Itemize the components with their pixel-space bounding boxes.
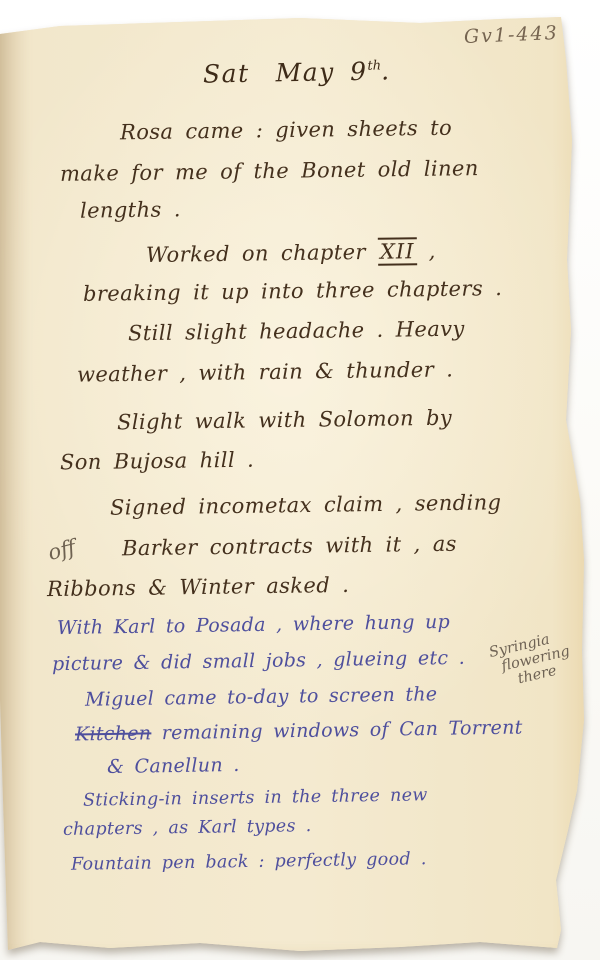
diary-line: Son Bujosa hill . xyxy=(60,450,254,474)
margin-insert-off: off xyxy=(46,535,79,565)
heading-day: Sat xyxy=(203,59,250,89)
scan-background: Gv1-443 SatMay 9th. Rosa came : given sh… xyxy=(0,0,600,960)
diary-line: Rosa came : given sheets to xyxy=(120,118,452,144)
diary-line: Slight walk with Solomon by xyxy=(117,408,452,434)
struck-word: Kitchen xyxy=(75,722,152,745)
paper-shadow: Gv1-443 SatMay 9th. Rosa came : given sh… xyxy=(0,0,600,960)
diary-line: picture & did small jobs , glueing etc . xyxy=(52,649,465,674)
archive-reference: Gv1-443 xyxy=(464,22,560,48)
diary-line: Kitchen remaining windows of Can Torrent xyxy=(75,718,523,744)
diary-line: & Canellun . xyxy=(107,756,240,777)
margin-note-syringia: Syringia flowering there xyxy=(488,628,575,692)
diary-line: Still slight headache . Heavy xyxy=(128,319,465,345)
diary-line: With Karl to Posada , where hung up xyxy=(57,613,450,638)
diary-line: Sticking-in inserts in the three new xyxy=(83,787,428,810)
diary-line: make for me of the Bonet old linen xyxy=(60,158,479,185)
diary-line: Ribbons & Winter asked . xyxy=(47,575,350,600)
diary-line: Signed incometax claim , sending xyxy=(110,492,502,518)
line-text: remaining windows of Can Torrent xyxy=(151,716,523,744)
date-heading: SatMay 9th. xyxy=(203,56,391,88)
manuscript-page: Gv1-443 SatMay 9th. Rosa came : given sh… xyxy=(0,0,600,952)
diary-line: Miguel came to-day to screen the xyxy=(85,685,438,710)
diary-line: Worked on chapter XII , xyxy=(146,237,436,269)
diary-line: chapters , as Karl types . xyxy=(63,818,312,839)
diary-line: breaking it up into three chapters . xyxy=(83,278,502,305)
line-text: Worked on chapter xyxy=(146,240,378,267)
diary-line: weather , with rain & thunder . xyxy=(77,359,453,385)
diary-line: Fountain pen back : perfectly good . xyxy=(71,851,427,874)
heading-period: . xyxy=(381,56,391,85)
line-text: , xyxy=(416,239,435,263)
heading-ordinal: th xyxy=(367,59,381,74)
diary-line: Barker contracts with it , as xyxy=(122,534,457,560)
heading-date: May 9 xyxy=(275,57,367,88)
chapter-numeral: XII xyxy=(378,237,417,266)
diary-line: lengths . xyxy=(80,199,181,221)
